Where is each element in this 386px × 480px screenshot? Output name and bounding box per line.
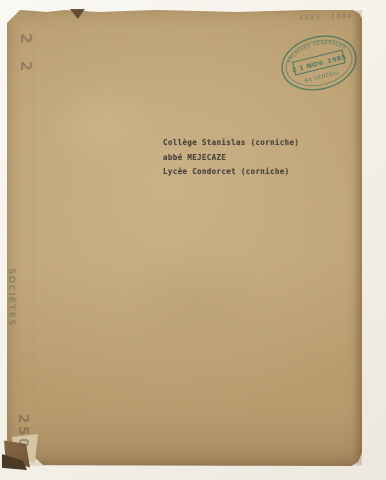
typed-line-college: Collège Stanislas (corniche) <box>163 136 299 151</box>
typed-line-lycee: Lycée Condorcet (corniche) <box>163 165 299 180</box>
typed-title-block: Collège Stanislas (corniche) abbé MEJECA… <box>163 136 299 180</box>
corner-number: 250 <box>15 414 30 464</box>
stamp-bottom-text: Bd GÉNÉRAL <box>304 68 341 84</box>
typed-line-abbe: abbé MEJECAZE <box>163 151 299 166</box>
scanned-page-background: 2 2 SOCIÉTÉS 250 1883 - 1884 Collège Sta… <box>0 0 386 480</box>
spine-label: SOCIÉTÉS <box>6 268 16 330</box>
margin-page-numbers: 2 2 <box>17 33 35 79</box>
